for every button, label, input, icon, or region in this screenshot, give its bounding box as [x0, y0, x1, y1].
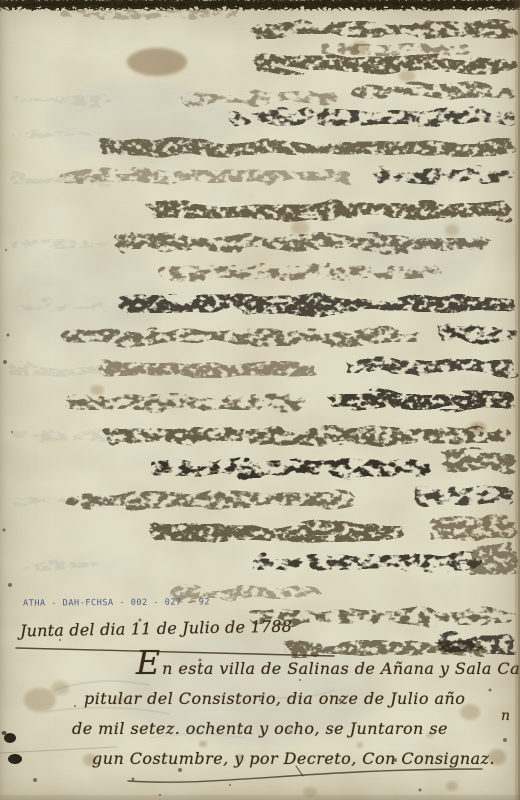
superscript-letter: n [501, 708, 510, 724]
body-line-2: pitular del Consistorio, dia onze de Jul… [84, 684, 465, 714]
body-line-4: gun Costumbre, y por Decreto, Con Consig… [92, 744, 495, 774]
archive-reference-stamp: ATHA - DAH-FCHSA - 002 - 027 - 92 [23, 597, 210, 608]
manuscript-page: ATHA - DAH-FCHSA - 002 - 027 - 92 Junta … [0, 0, 520, 800]
body-line-1: En esta villa de Salinas de Añana y Sala… [136, 648, 520, 684]
body-line-3: de mil setez. ochenta y ocho, se Juntaro… [72, 714, 448, 744]
